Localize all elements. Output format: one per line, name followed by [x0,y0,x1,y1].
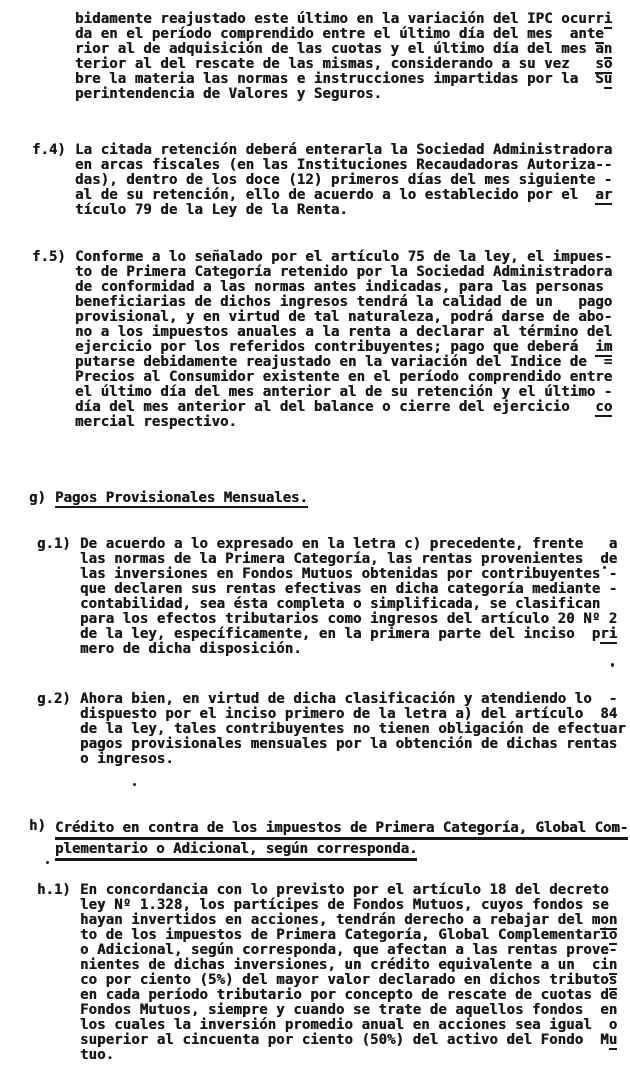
text-line: bidamente reajustado este último en la v… [75,12,612,27]
text-line: superior al cincuenta por ciento (50%) d… [80,1033,617,1048]
text-line: tuo. [80,1048,617,1063]
item-label-h: h) [29,819,46,834]
item-label-g: g) [29,491,46,506]
text-line: contabilidad, sea ésta completa o simpli… [80,597,617,612]
text-line: putarse debidamente reajustado en la var… [75,355,612,370]
text-line: Conforme a lo señalado por el artículo 7… [75,250,612,265]
continuation-underline: ar [595,187,612,205]
item-label-f4: f.4) [32,143,66,158]
text-line: hayan invertidos en acciones, tendrán de… [80,913,617,928]
continuation-underline: u [609,1032,618,1050]
text-line: plementario o Adicional, según correspon… [55,840,417,861]
text-line: bre la materia las normas e instruccione… [75,72,612,87]
continuation-underline: co [595,399,612,417]
text-line: Crédito en contra de los impuestos de Pr… [55,819,628,840]
text-line: La citada retención deberá enterarla la … [75,143,612,158]
section-f5: f.5)Conforme a lo señalado por el artícu… [75,250,612,430]
scanned-document-page: bidamente reajustado este último en la v… [0,0,630,1084]
section-h: h)Crédito en contra de los impuestos de … [55,819,628,861]
text-line: mero de dicha disposición. [80,642,617,657]
section-g: g)Pagos Provisionales Mensuales. [55,491,308,508]
section-g1: g.1)De acuerdo a lo expresado en la letr… [80,537,617,657]
item-label-g2: g.2) [37,692,71,707]
text-line: terior al del rescate de las mismas, con… [75,57,612,72]
scan-speck [611,663,614,667]
text-line: los cuales la inversión promedio anual e… [80,1018,617,1033]
text-line: las normas de la Primera Categoría, las … [80,552,617,567]
text-line: día del mes anterior al del balance o ci… [75,400,612,415]
text-line: da en el período comprendido entre el úl… [75,27,612,42]
text-line: provisional, y en virtud de tal naturale… [75,310,612,325]
text-line: para los efectos tributarios como ingres… [80,612,617,627]
item-label-f5: f.5) [32,250,66,265]
text-line: das), dentro de los doce (12) primeros d… [75,173,612,188]
text-line: Ahora bien, en virtud de dicha clasifica… [80,692,626,707]
text-line: perintendencia de Valores y Seguros. [75,87,612,102]
continuation-underline: ri [600,626,617,644]
text-line: de conformidad a las normas antes indica… [75,280,612,295]
text-line: Precios al Consumidor existente en el pe… [75,370,612,385]
text-line: mercial respectivo. [75,415,612,430]
text-line: ley Nº 1.328, los partícipes de Fondos M… [80,898,617,913]
text-line: to de Primera Categoría retenido por la … [75,265,612,280]
text-line: nientes de dichas inversiones, un crédit… [80,958,617,973]
text-line: en arcas fiscales (en las Instituciones … [75,158,612,173]
section-f4: f.4)La citada retención deberá enterarla… [75,143,612,218]
text-line: Pagos Provisionales Mensuales. [55,491,308,508]
text-line: co por ciento (5%) del mayor valor decla… [80,973,617,988]
text-line: to de los impuestos de Primera Categoría… [80,928,617,943]
text-line: dispuesto por el inciso primero de la le… [80,707,626,722]
text-line: tículo 79 de la Ley de la Renta. [75,203,612,218]
text-line: de la ley, específicamente, en la primer… [80,627,617,642]
text-line: que declaren sus rentas efectivas en dic… [80,582,617,597]
text-line: las inversiones en Fondos Mutuos obtenid… [80,567,617,582]
text-line: o ingresos. [80,752,626,767]
section-h1: h.1)En concordancia con lo previsto por … [80,883,617,1063]
text-line: pagos provisionales mensuales por la obt… [80,737,626,752]
text-line: en cada período tributario por concepto … [80,988,617,1003]
text-line: rior al de adquisición de las cuotas y e… [75,42,612,57]
text-line: De acuerdo a lo expresado en la letra c)… [80,537,617,552]
text-line: el último día del mes anterior al de su … [75,385,612,400]
scan-speck [46,861,49,864]
text-line: Fondos Mutuos, siempre y cuando se trate… [80,1003,617,1018]
item-label-g1: g.1) [37,537,71,552]
text-line: ejercicio por los referidos contribuyent… [75,340,612,355]
item-label-h1: h.1) [37,883,71,898]
text-line: al de su retención, ello de acuerdo a lo… [75,188,612,203]
scan-speck [133,783,136,786]
section-g2: g.2)Ahora bien, en virtud de dicha clasi… [80,692,626,767]
text-line: o Adicional, según corresponda, que afec… [80,943,617,958]
section-cont: bidamente reajustado este último en la v… [75,12,612,102]
text-line: beneficiarias de dichos ingresos tendrá … [75,295,612,310]
text-line: de la ley, tales contribuyentes no tiene… [80,722,626,737]
continuation-underline: u [604,71,613,89]
text-line: no a los impuestos anuales a la renta a … [75,325,612,340]
text-line: En concordancia con lo previsto por el a… [80,883,617,898]
continuation-underline: i [604,11,613,29]
